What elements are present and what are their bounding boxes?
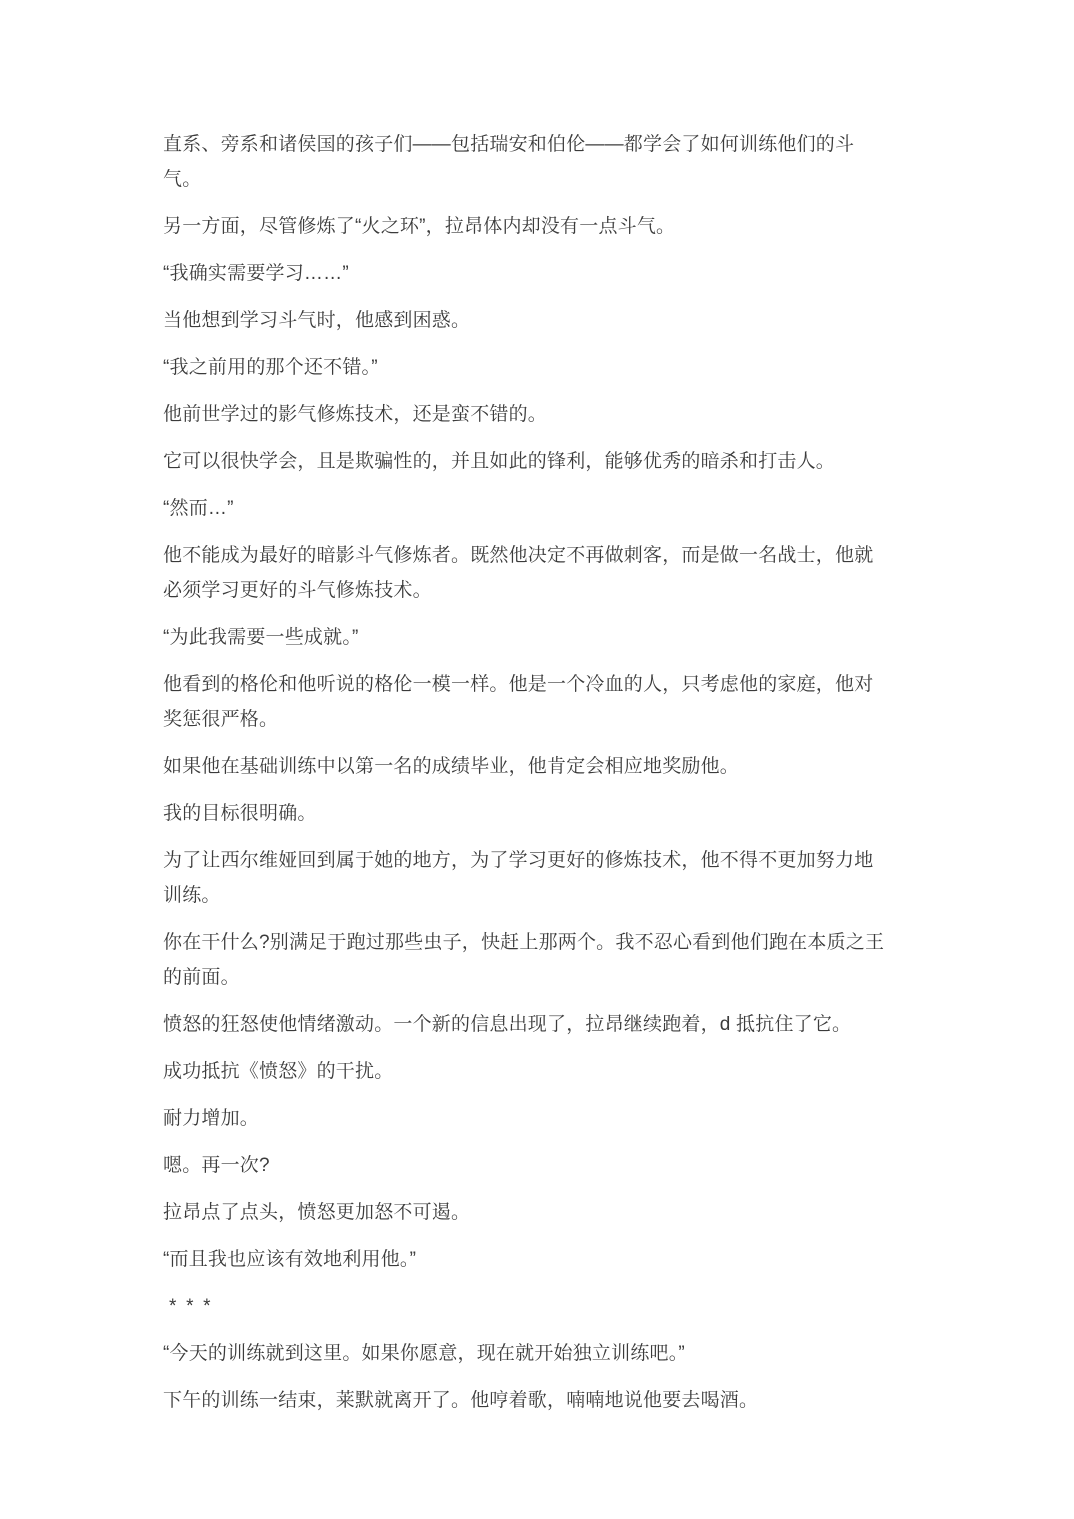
paragraph: “今天的训练就到这里。如果你愿意，现在就开始独立训练吧。”: [163, 1336, 890, 1371]
paragraph: “我确实需要学习……”: [163, 256, 890, 291]
paragraph: 他前世学过的影气修炼技术，还是蛮不错的。: [163, 397, 890, 432]
paragraph: 耐力增加。: [163, 1101, 890, 1136]
paragraph: “而且我也应该有效地利用他。”: [163, 1242, 890, 1277]
paragraph: 下午的训练一结束，莱默就离开了。他哼着歌，喃喃地说他要去喝酒。: [163, 1383, 890, 1418]
paragraph: “为此我需要一些成就。”: [163, 620, 890, 655]
document-page: 直系、旁系和诸侯国的孩子们——包括瑞安和伯伦——都学会了如何训练他们的斗气。另一…: [0, 0, 1074, 1519]
paragraph: 愤怒的狂怒使他情绪激动。一个新的信息出现了，拉昂继续跑着，d 抵抗住了它。: [163, 1007, 890, 1042]
paragraph: 当他想到学习斗气时，他感到困惑。: [163, 303, 890, 338]
paragraph: 嗯。再一次?: [163, 1148, 890, 1183]
paragraph: 如果他在基础训练中以第一名的成绩毕业，他肯定会相应地奖励他。: [163, 749, 890, 784]
paragraph: 为了让西尔维娅回到属于她的地方，为了学习更好的修炼技术，他不得不更加努力地训练。: [163, 843, 890, 913]
paragraph: 直系、旁系和诸侯国的孩子们——包括瑞安和伯伦——都学会了如何训练他们的斗气。: [163, 127, 890, 197]
paragraph: 他看到的格伦和他听说的格伦一模一样。他是一个冷血的人，只考虑他的家庭，他对奖惩很…: [163, 667, 890, 737]
paragraph: “然而…”: [163, 491, 890, 526]
paragraph: 他不能成为最好的暗影斗气修炼者。既然他决定不再做刺客，而是做一名战士，他就必须学…: [163, 538, 890, 608]
paragraph: 另一方面，尽管修炼了“火之环”，拉昂体内却没有一点斗气。: [163, 209, 890, 244]
paragraph: 拉昂点了点头，愤怒更加怒不可遏。: [163, 1195, 890, 1230]
paragraph: 它可以很快学会，且是欺骗性的，并且如此的锋利，能够优秀的暗杀和打击人。: [163, 444, 890, 479]
section-separator: * * *: [163, 1289, 890, 1324]
paragraph: 你在干什么?别满足于跑过那些虫子，快赶上那两个。我不忍心看到他们跑在本质之王的前…: [163, 925, 890, 995]
paragraph: 我的目标很明确。: [163, 796, 890, 831]
paragraph-list: 直系、旁系和诸侯国的孩子们——包括瑞安和伯伦——都学会了如何训练他们的斗气。另一…: [163, 127, 890, 1418]
paragraph: “我之前用的那个还不错。”: [163, 350, 890, 385]
paragraph: 成功抵抗《愤怒》的干扰。: [163, 1054, 890, 1089]
